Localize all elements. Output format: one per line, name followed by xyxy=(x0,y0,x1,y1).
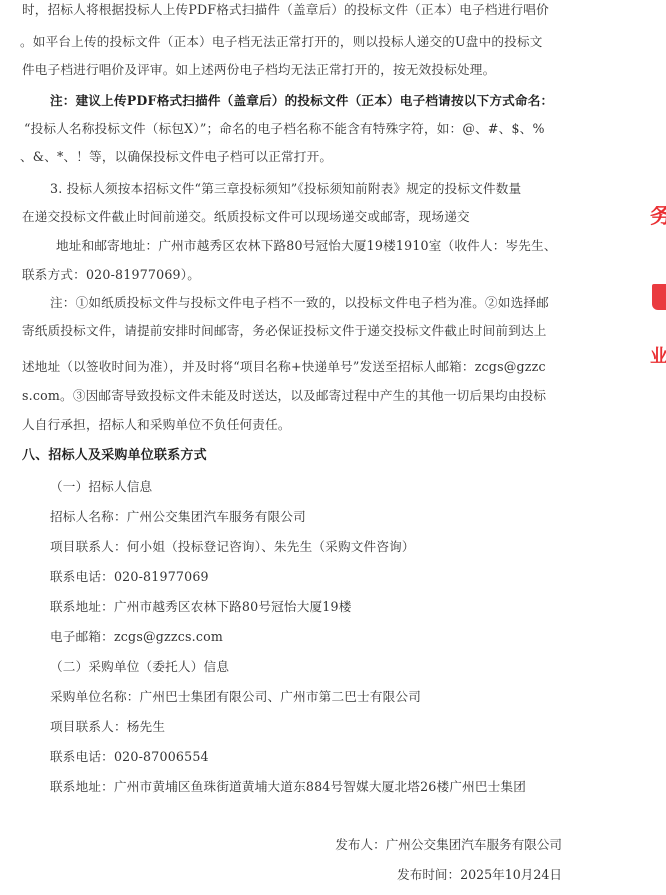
paragraph-line: 在递交投标文件截止时间前递交。纸质投标文件可以现场递交或邮寄，现场递交 xyxy=(22,208,470,226)
paragraph-line: 人自行承担，招标人和采购单位不负任何责任。 xyxy=(22,416,291,434)
purchaser-name: 采购单位名称：广州巴士集团有限公司、广州市第二巴士有限公司 xyxy=(50,688,421,706)
subsection-heading-purchaser: （二）采购单位（委托人）信息 xyxy=(50,658,229,676)
seal-fragment-emblem xyxy=(652,284,666,310)
paragraph-line: 地址和邮寄地址：广州市越秀区农林下路80号冠怡大厦19楼1910室（收件人：岑先… xyxy=(56,237,557,255)
tenderer-phone: 联系电话：020-81977069 xyxy=(50,568,209,586)
paragraph-line: 注：①如纸质投标文件与投标文件电子档不一致的，以投标文件电子档为准。②如选择邮 xyxy=(50,294,549,312)
subsection-heading-tenderer: （一）招标人信息 xyxy=(50,478,152,496)
tenderer-name: 招标人名称：广州公交集团汽车服务有限公司 xyxy=(50,508,306,526)
paragraph-line: 述地址（以签收时间为准），并及时将“项目名称+快递单号”发送至招标人邮箱：zcg… xyxy=(22,358,546,376)
paragraph-line: 、&、*、！等，以确保投标文件电子档可以正常打开。 xyxy=(20,148,332,166)
paragraph-line: s.com。③因邮寄导致投标文件未能及时送达，以及邮寄过程中产生的其他一切后果均… xyxy=(22,387,546,405)
paragraph-line: 。如平台上传的投标文件（正本）电子档无法正常打开的，则以投标人递交的U盘中的投标… xyxy=(20,33,543,51)
naming-note-line: 注：建议上传PDF格式扫描件（盖章后）的投标文件（正本）电子档请按以下方式命名： xyxy=(50,92,553,110)
paragraph-line: 时，招标人将根据投标人上传PDF格式扫描件（盖章后）的投标文件（正本）电子档进行… xyxy=(22,1,549,19)
purchaser-contact: 项目联系人：杨先生 xyxy=(50,718,165,736)
purchaser-phone: 联系电话：020-87006554 xyxy=(50,748,209,766)
seal-fragment-char: 业 xyxy=(650,346,666,368)
tenderer-email: 电子邮箱：zcgs@gzzcs.com xyxy=(50,628,223,646)
paragraph-line: 3. 投标人须按本招标文件“第三章投标须知”《投标须知前附表》规定的投标文件数量 xyxy=(50,180,521,198)
paragraph-line: “投标人名称投标文件（标包X）”；命名的电子档名称不能含有特殊字符，如：@、#、… xyxy=(24,120,545,138)
publish-date: 发布时间：2025年10月24日 xyxy=(397,866,562,884)
tenderer-address: 联系地址：广州市越秀区农林下路80号冠怡大厦19楼 xyxy=(50,598,352,616)
purchaser-address: 联系地址：广州市黄埔区鱼珠街道黄埔大道东884号智媒大厦北塔26楼广州巴士集团 xyxy=(50,778,526,796)
paragraph-line: 件电子档进行唱价及评审。如上述两份电子档均无法正常打开的，按无效投标处理。 xyxy=(22,61,495,79)
publisher-signature: 发布人：广州公交集团汽车服务有限公司 xyxy=(335,836,562,854)
paragraph-line: 联系方式：020-81977069）。 xyxy=(22,266,200,284)
section-heading: 八、招标人及采购单位联系方式 xyxy=(22,447,207,465)
tenderer-contacts: 项目联系人：何小姐（投标登记咨询）、朱先生（采购文件咨询） xyxy=(50,538,415,556)
seal-fragment-char: 务 xyxy=(650,206,666,228)
document-page: 时，招标人将根据投标人上传PDF格式扫描件（盖章后）的投标文件（正本）电子档进行… xyxy=(0,0,666,895)
paragraph-line: 寄纸质投标文件，请提前安排时间邮寄，务必保证投标文件于递交投标文件截止时间前到达… xyxy=(22,322,547,340)
